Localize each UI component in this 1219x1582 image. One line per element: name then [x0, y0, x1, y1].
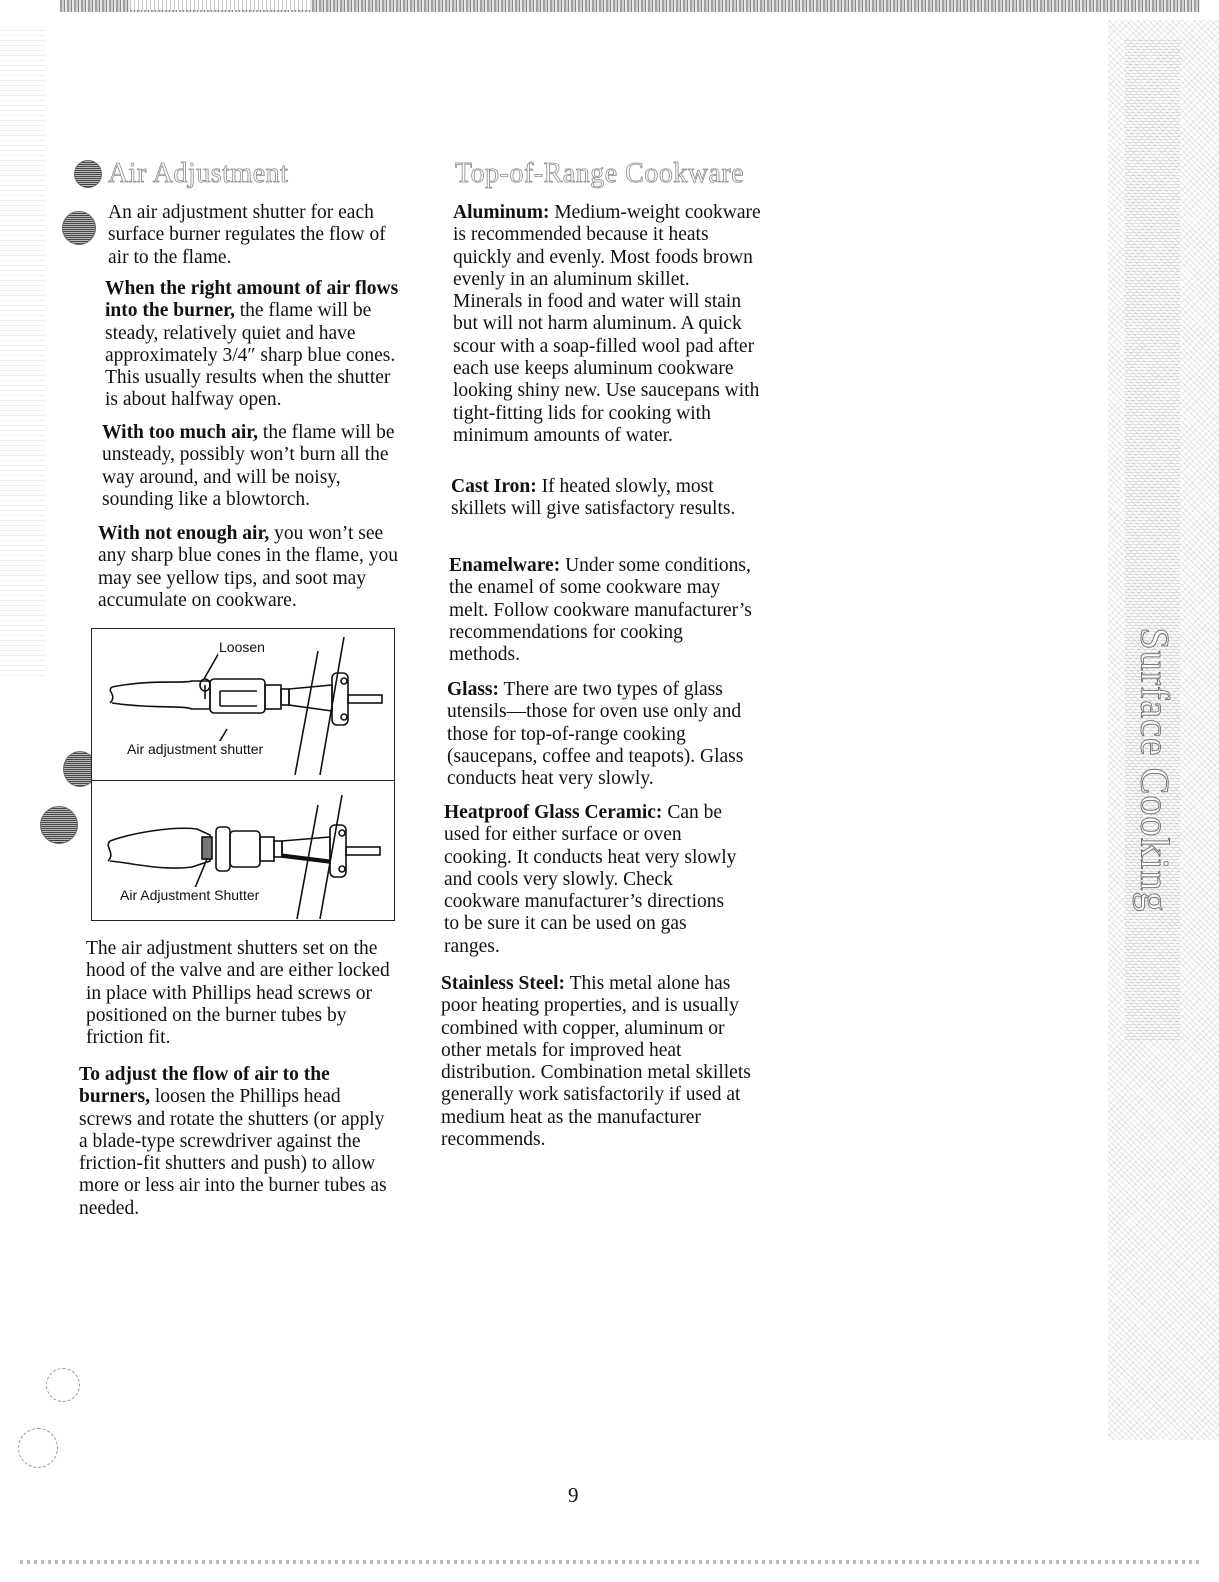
section-title-air-adjustment: Air Adjustment [108, 158, 288, 190]
section-title-cookware: Top-of-Range Cookware [455, 158, 744, 190]
paragraph-right-amount: When the right amount of air flows into … [105, 278, 405, 412]
paragraph-adjust-flow: To adjust the flow of air to the burners… [79, 1064, 389, 1220]
cookware-entry-cast-iron: Cast Iron: If heated slowly, most skille… [451, 476, 751, 521]
burner-shutter-figure: Loosen Air adjustment shutter [91, 628, 395, 921]
scan-edge-bottom [20, 1560, 1200, 1564]
paragraph-shutter-mounting: The air adjustment shutters set on the h… [86, 938, 396, 1049]
cookware-entry-stainless-steel: Stainless Steel: This metal alone has po… [441, 973, 751, 1151]
hole-punch-mark [18, 1428, 58, 1468]
paragraph-intro: An air adjustment shutter for each surfa… [108, 202, 408, 269]
figure-label-loosen: Loosen [218, 639, 266, 655]
scan-edge-top-left [130, 0, 310, 10]
scan-edge-left [0, 30, 45, 680]
paragraph-not-enough-air: With not enough air, you won’t see any s… [98, 523, 403, 612]
figure-label-air-adjustment-shutter-top: Air adjustment shutter [126, 741, 264, 757]
paragraph-bullet-icon [62, 211, 96, 245]
cookware-entry-heatproof-glass-ceramic: Heatproof Glass Ceramic: Can be used for… [444, 802, 744, 958]
cookware-entry-enamelware: Enamelware: Under some conditions, the e… [449, 555, 754, 666]
hole-punch-mark [46, 1368, 80, 1402]
cookware-entry-glass: Glass: There are two types of glass uten… [447, 679, 752, 790]
side-tab-title: Surface Cooking [1132, 628, 1179, 913]
section-bullet-icon [74, 160, 102, 188]
page-number: 9 [568, 1483, 579, 1508]
figure-label-air-adjustment-shutter-bottom: Air Adjustment Shutter [119, 887, 260, 903]
paragraph-too-much-air: With too much air, the flame will be uns… [102, 422, 402, 511]
figure-bullet-icon [40, 806, 78, 844]
cookware-entry-aluminum: Aluminum: Medium-weight cookware is reco… [453, 202, 763, 447]
